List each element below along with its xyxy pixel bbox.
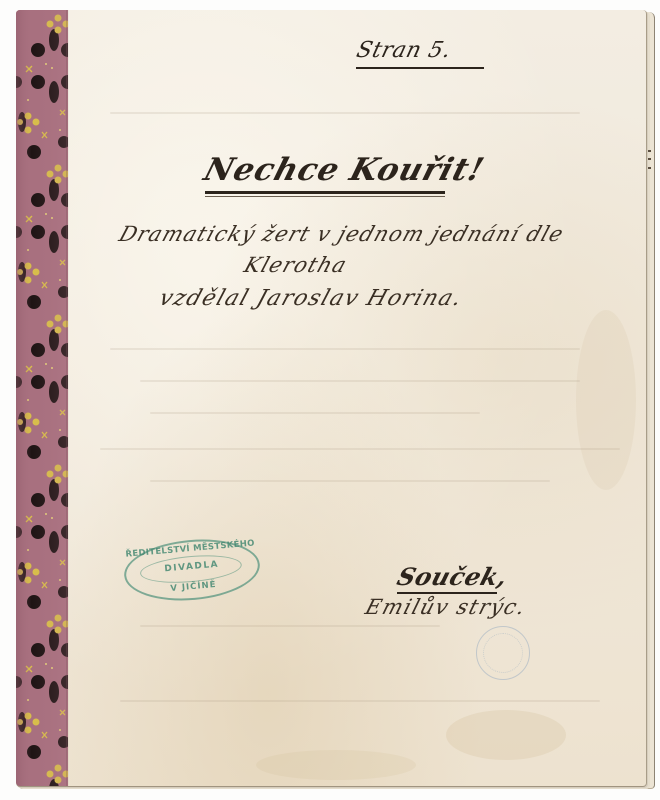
edge-mark xyxy=(648,150,651,152)
floral-pattern-icon xyxy=(16,10,68,786)
manuscript-page xyxy=(16,10,647,787)
bleed-through-line xyxy=(150,480,550,482)
title-underline-secondary xyxy=(205,196,445,197)
page-label: Stran 5. xyxy=(354,38,454,63)
page-label-underline xyxy=(356,67,484,69)
edge-mark xyxy=(648,158,651,160)
paper-stain xyxy=(446,710,566,760)
bleed-through-line xyxy=(110,112,580,114)
play-subtitle: Dramatický žert v jednom jednání dle xyxy=(116,222,567,246)
bleed-through-line xyxy=(150,412,480,414)
bleed-through-line xyxy=(140,625,440,627)
character-name: Souček, xyxy=(394,562,511,591)
character-role: Emilův strýc. xyxy=(363,595,530,619)
paper-stain xyxy=(576,310,636,490)
adapter-credit: vzdělal Jaroslav Horina. xyxy=(156,286,466,311)
title-underline xyxy=(205,191,445,194)
edge-mark xyxy=(648,167,651,169)
decorative-binding-strip xyxy=(16,10,68,786)
paper-stain xyxy=(256,750,416,780)
bleed-through-line xyxy=(120,700,600,702)
bleed-through-line xyxy=(100,448,620,450)
character-name-underline xyxy=(397,592,497,594)
play-title: Nechce Kouřit! xyxy=(200,152,489,188)
binding-edge-shadow xyxy=(66,10,69,786)
bleed-through-line xyxy=(110,348,580,350)
bleed-through-line xyxy=(140,380,580,382)
source-author: Klerotha xyxy=(241,253,350,277)
manuscript-scan: Stran 5. Nechce Kouřit! Dramatický žert … xyxy=(0,0,660,800)
library-stamp-icon xyxy=(476,626,530,680)
